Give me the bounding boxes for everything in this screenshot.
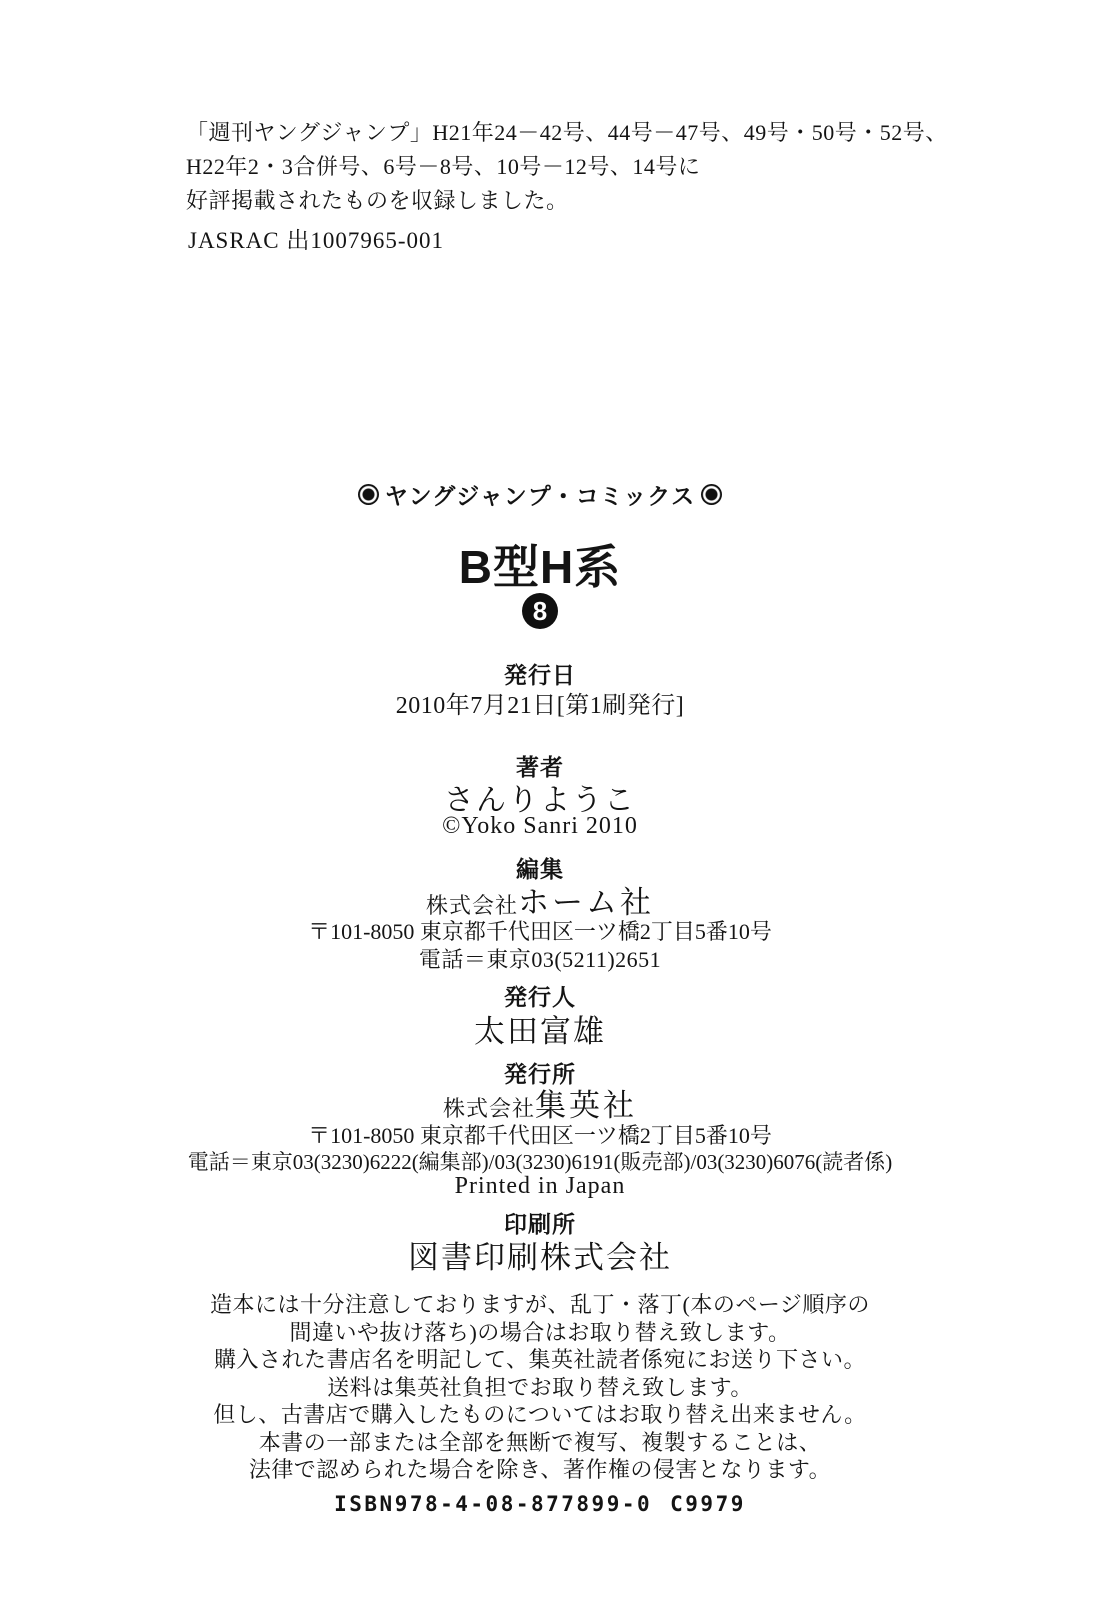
publish-date-value: 2010年7月21日[第1刷発行]: [0, 685, 1080, 720]
editor-phone: 電話＝東京03(5211)2651: [0, 943, 1080, 974]
book-title: B型H系: [0, 531, 1080, 597]
notice-line: 本書の一部または全部を無断で複写、複製することは、: [0, 1429, 1080, 1457]
fisheye-right-icon: [701, 484, 722, 505]
magazine-run-line: H22年2・3合併号、6号－8号、10号－12号、14号に: [186, 150, 948, 184]
editor-address: 〒101-8050 東京都千代田区一ツ橋2丁目5番10号: [0, 915, 1080, 946]
notice-line: 送料は集英社負担でお取り替え致します。: [0, 1374, 1080, 1402]
volume-badge: 8: [522, 593, 558, 629]
printed-in-japan: Printed in Japan: [0, 1173, 1080, 1200]
volume-number: 8: [533, 596, 547, 626]
notice-line: 法律で認められた場合を除き、著作権の侵害となります。: [0, 1456, 1080, 1484]
isbn-line: ISBN978-4-08-877899-0 C9979: [0, 1492, 1080, 1516]
printer-name: 図書印刷株式会社: [0, 1232, 1080, 1277]
c-code: C9979: [670, 1492, 746, 1516]
magazine-run-note: 「週刊ヤングジャンプ」H21年24－42号、44号－47号、49号・50号・52…: [186, 116, 948, 218]
notice-line: 但し、古書店で購入したものについてはお取り替え出来ません。: [0, 1401, 1080, 1429]
fisheye-left-icon: [358, 484, 379, 505]
copyright-notice: ©Yoko Sanri 2010: [0, 813, 1080, 840]
jasrac-code: JASRAC 出1007965-001: [188, 222, 444, 255]
isbn-code: ISBN978-4-08-877899-0: [334, 1492, 652, 1516]
notice-line: 購入された書店名を明記して、集英社読者係宛にお送り下さい。: [0, 1346, 1080, 1374]
replacement-notice: 造本には十分注意しておりますが、乱丁・落丁(本のページ順序の 間違いや抜け落ち)…: [0, 1291, 1080, 1484]
colophon-page: 「週刊ヤングジャンプ」H21年24－42号、44号－47号、49号・50号・52…: [0, 0, 1100, 1600]
magazine-run-line: 好評掲載されたものを収録しました。: [186, 184, 948, 218]
magazine-run-line: 「週刊ヤングジャンプ」H21年24－42号、44号－47号、49号・50号・52…: [186, 116, 948, 150]
series-banner: ヤングジャンプ・コミックス: [0, 478, 1080, 511]
series-name: ヤングジャンプ・コミックス: [385, 478, 695, 511]
issuer-name: 太田富雄: [0, 1006, 1080, 1051]
notice-line: 造本には十分注意しておりますが、乱丁・落丁(本のページ順序の: [0, 1291, 1080, 1319]
publisher-phone: 電話＝東京03(3230)6222(編集部)/03(3230)6191(販売部)…: [0, 1146, 1080, 1176]
notice-line: 間違いや抜け落ち)の場合はお取り替え致します。: [0, 1319, 1080, 1347]
